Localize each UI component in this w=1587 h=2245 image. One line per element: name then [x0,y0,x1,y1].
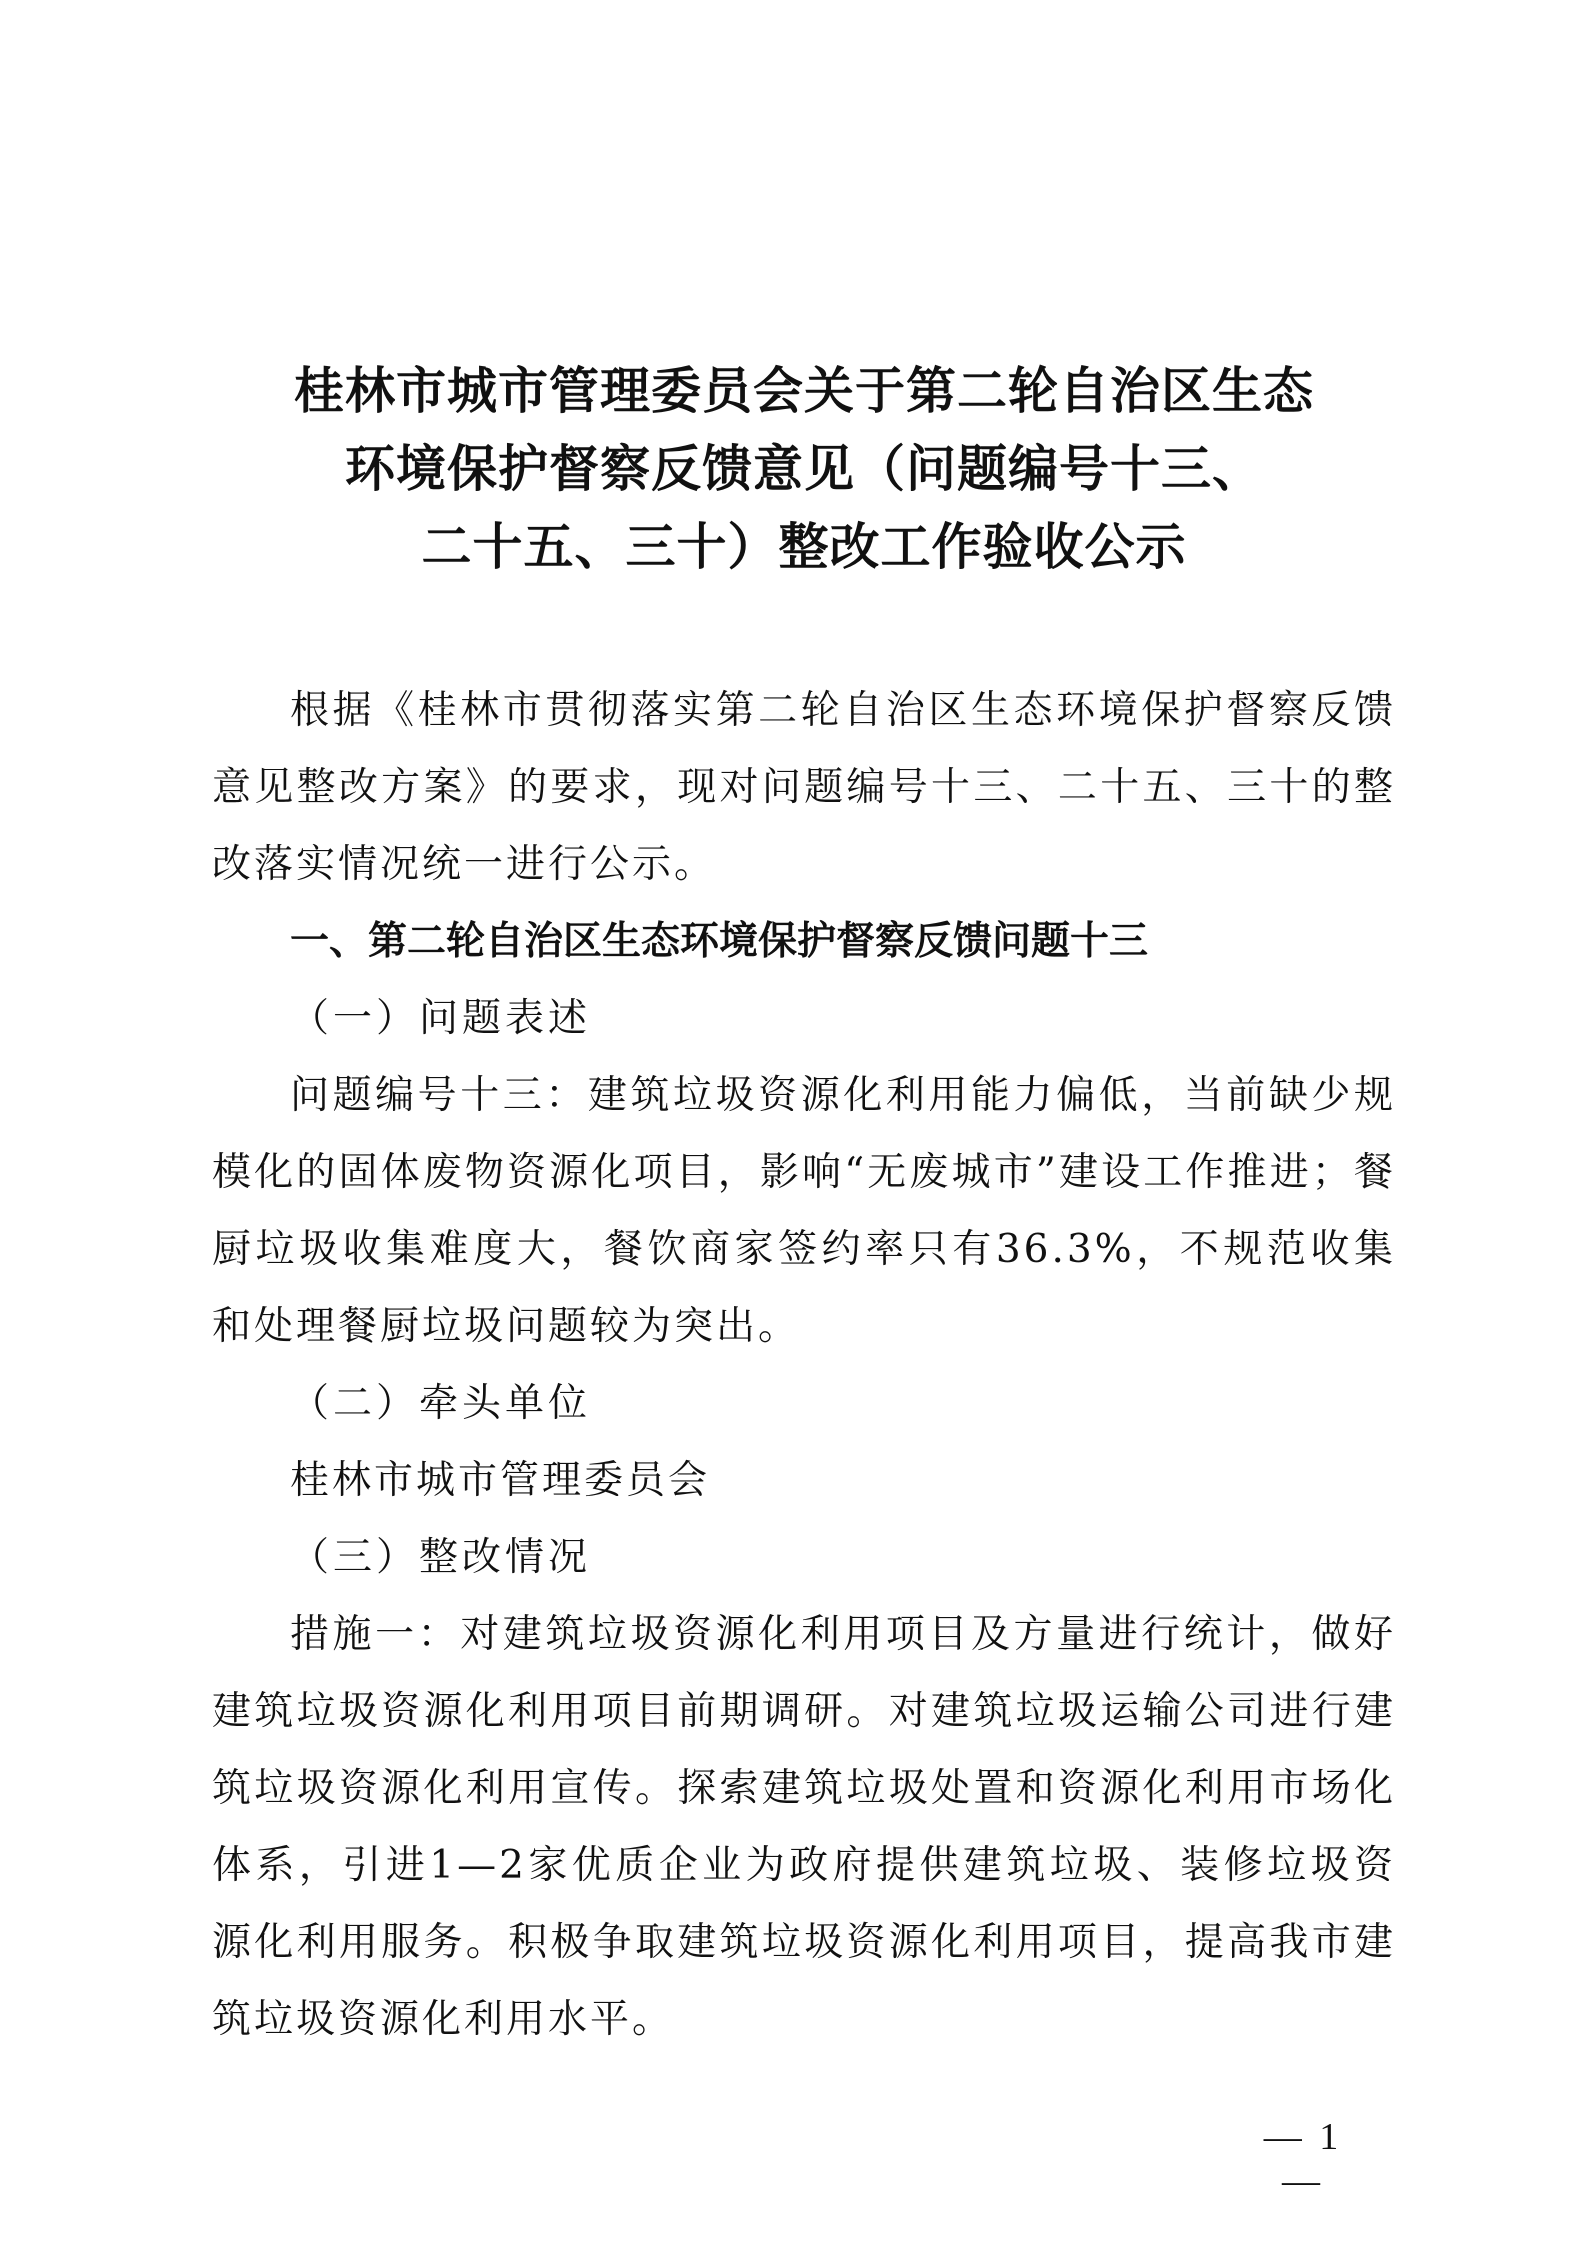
lead-unit-name: 桂林市城市管理委员会 [212,1442,1396,1519]
title-line-3: 二十五、三十）整改工作验收公示 [212,508,1396,586]
intro-paragraph: 根据《桂林市贯彻落实第二轮自治区生态环境保护督察反馈意见整改方案》的要求，现对问… [212,672,1396,903]
title-line-2: 环境保护督察反馈意见（问题编号十三、 [212,430,1396,508]
document-body: 根据《桂林市贯彻落实第二轮自治区生态环境保护督察反馈意见整改方案》的要求，现对问… [212,672,1396,2058]
section-heading: 一、第二轮自治区生态环境保护督察反馈问题十三 [212,903,1396,980]
subsection-heading-lead-unit: （二）牵头单位 [212,1365,1396,1442]
problem-description: 问题编号十三：建筑垃圾资源化利用能力偏低，当前缺少规模化的固体废物资源化项目，影… [212,1057,1396,1365]
measure-one-paragraph: 措施一：对建筑垃圾资源化利用项目及方量进行统计，做好建筑垃圾资源化利用项目前期调… [212,1596,1396,2058]
document-page: 桂林市城市管理委员会关于第二轮自治区生态 环境保护督察反馈意见（问题编号十三、 … [0,0,1587,2245]
subsection-heading-problem: （一）问题表述 [212,980,1396,1057]
page-number: — 1 — [1238,2115,1368,2203]
title-line-1: 桂林市城市管理委员会关于第二轮自治区生态 [212,352,1396,430]
subsection-heading-rectification: （三）整改情况 [212,1519,1396,1596]
document-title: 桂林市城市管理委员会关于第二轮自治区生态 环境保护督察反馈意见（问题编号十三、 … [212,352,1396,586]
